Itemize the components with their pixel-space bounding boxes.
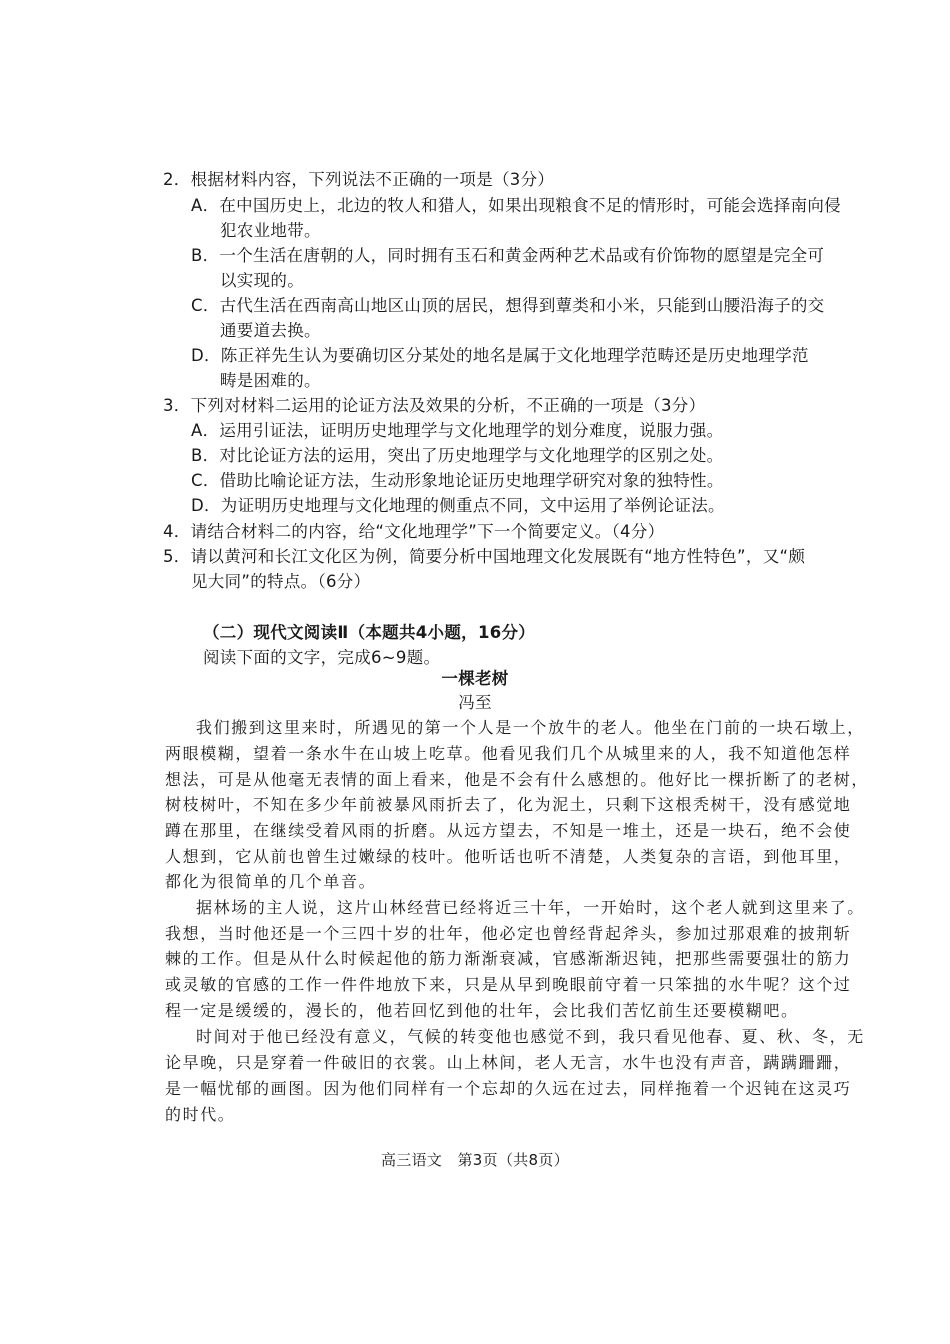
article-title: 一棵老树: [375, 668, 575, 690]
article-p2-line-1: 据林场的主人说，这片山林经营已经将近三十年，一开始时，这个老人就到这里来了。: [196, 897, 780, 919]
article-p3-line-3: 是一幅忧郁的画图。因为他们同样有一个忘却的久远在过去，同样拖着一个迟钝在这灵巧: [165, 1078, 780, 1100]
question-3-option-a: A．运用引证法，证明历史地理学与文化地理学的划分难度，说服力强。: [191, 420, 723, 442]
article-p2-line-2: 我想，当时他还是一个三四十岁的壮年，他必定也曾经背起斧头，参加过那艰难的披荆斩: [165, 923, 780, 945]
page-footer: 高三语文 第3页（共8页）: [325, 1149, 625, 1171]
question-4: 4．请结合材料二的内容，给“文化地理学”下一个简要定义。（4分）: [163, 521, 664, 543]
article-p1-line-3: 想法，可是从他毫无表情的面上看来，他是不会有什么感想的。他好比一棵折断了的老树，: [165, 769, 780, 791]
article-p1-line-7: 都化为很简单的几个单音。: [165, 871, 376, 893]
article-p1-line-5: 蹲在那里，在继续受着风雨的折磨。从远方望去，不知是一堆土，还是一块石，绝不会使: [165, 820, 780, 842]
question-2-option-a-line-1: A．在中国历史上，北边的牧人和猎人，如果出现粮食不足的情形时，可能会选择南向侵: [191, 195, 787, 217]
article-p2-line-5: 程一定是缓缓的，漫长的，他若回忆到他的壮年，会比我们苦忆前生还要模糊吧。: [165, 1000, 799, 1022]
question-2-option-b-line-2: 以实现的。: [220, 270, 304, 292]
question-3-option-b: B．对比论证方法的运用，突出了历史地理学与文化地理学的区别之处。: [191, 445, 723, 467]
exam-page: 2．根据材料内容，下列说法不正确的一项是（3分） A．在中国历史上，北边的牧人和…: [0, 0, 950, 1344]
section-instruction: 阅读下面的文字，完成6~9题。: [203, 647, 440, 669]
question-5-line-1: 5．请以黄河和长江文化区为例，简要分析中国地理文化发展既有“地方性特色”，又“颇: [163, 546, 787, 568]
article-p1-line-6: 人想到，它从前也曾生过嫩绿的枝叶。他听话也听不清楚，人类复杂的言语，到他耳里，: [165, 846, 780, 868]
article-p1-line-2: 两眼模糊，望着一条水牛在山坡上吃草。他看见我们几个从城里来的人，我不知道他怎样: [165, 743, 780, 765]
section-heading: （二）现代文阅读Ⅱ（本题共4小题，16分）: [203, 622, 535, 644]
article-p3-line-4: 的时代。: [165, 1104, 235, 1126]
article-p1-line-4: 树枝树叶，不知在多少年前被暴风雨折去了，化为泥土，只剩下这根秃树干，没有感觉地: [165, 794, 780, 816]
question-2-option-d-line-1: D．陈正祥先生认为要确切区分某处的地名是属于文化地理学范畴还是历史地理学范: [191, 345, 787, 367]
question-3-option-c: C．借助比喻论证方法，生动形象地论证历史地理学研究对象的独特性。: [191, 470, 724, 492]
question-2-option-b-line-1: B．一个生活在唐朝的人，同时拥有玉石和黄金两种艺术品或有价饰物的愿望是完全可: [191, 245, 787, 267]
question-2-option-a-line-2: 犯农业地带。: [220, 220, 321, 242]
question-3-option-d: D．为证明历史地理与文化地理的侧重点不同，文中运用了举例论证法。: [191, 495, 725, 517]
question-3-stem: 3．下列对材料二运用的论证方法及效果的分析，不正确的一项是（3分）: [163, 395, 705, 417]
question-2-option-c-line-1: C．古代生活在西南高山地区山顶的居民，想得到蕈类和小米，只能到山腰沿海子的交: [191, 295, 787, 317]
question-2-option-c-line-2: 通要道去换。: [220, 320, 321, 342]
article-p2-line-4: 或灵敏的官感的工作一件件地放下来，只是从早到晚眼前守着一只笨拙的水牛呢？这个过: [165, 974, 780, 996]
article-p3-line-2: 论早晚，只是穿着一件破旧的衣裳。山上林间，老人无言，水牛也没有声音，蹒蹒跚跚，: [165, 1052, 780, 1074]
article-p2-line-3: 棘的工作。但是从什么时候起他的筋力渐渐衰减，官感渐渐迟钝，把那些需要强壮的筋力: [165, 948, 780, 970]
question-2-stem: 2．根据材料内容，下列说法不正确的一项是（3分）: [163, 169, 554, 191]
question-2-option-d-line-2: 畴是困难的。: [220, 370, 321, 392]
article-p1-line-1: 我们搬到这里来时，所遇见的第一个人是一个放牛的老人。他坐在门前的一块石墩上，: [196, 717, 780, 739]
question-5-line-2: 见大同”的特点。（6分）: [191, 571, 370, 593]
article-p3-line-1: 时间对于他已经没有意义，气候的转变他也感觉不到，我只看见他春、夏、秋、冬，无: [196, 1026, 780, 1048]
article-author: 冯至: [375, 692, 575, 714]
